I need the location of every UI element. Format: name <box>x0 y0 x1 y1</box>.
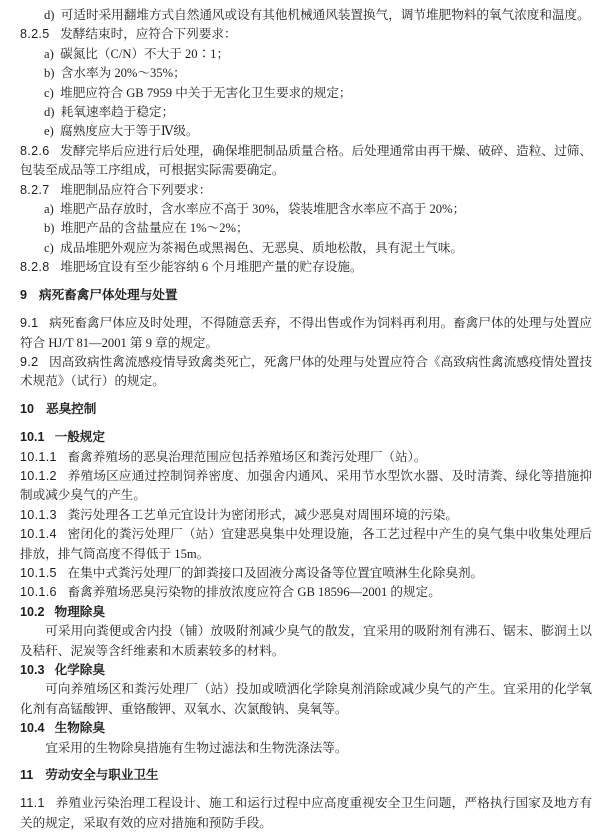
clause-number: 8.2.7 <box>20 183 50 197</box>
clause-8.2.6: 8.2.6发酵完毕后应进行后处理，确保堆肥制品质量合格。后处理通常由再干燥、破碎… <box>20 142 592 181</box>
heading-text: 生物除臭 <box>55 721 105 735</box>
body-text: 养殖业污染治理工程设计、施工和运行过程中应高度重视安全卫生问题，严格执行国家及地… <box>20 796 592 829</box>
body-text: 在集中式粪污处理厂的卸粪接口及固液分离设备等位置宜喷淋生化除臭剂。 <box>68 566 484 580</box>
clause-number: 8.2.6 <box>20 144 50 158</box>
body-text: 腐熟度应大于等于Ⅳ级。 <box>60 124 199 138</box>
clause-number: 10.2 <box>20 605 45 619</box>
body-text: 病死畜禽尸体应及时处理，不得随意丢弃，不得出售或作为饲料再利用。畜禽尸体的处理与… <box>20 316 592 349</box>
list-item-c: c)成品堆肥外观应为茶褐色或黑褐色、无恶臭、质地松散，具有泥土气味。 <box>20 239 592 258</box>
heading-text: 物理除臭 <box>55 605 105 619</box>
body-text: 畜禽养殖场恶臭污染物的排放浓度应符合 GB 18596—2001 的规定。 <box>68 585 441 599</box>
clause-number: 8.2.5 <box>20 27 50 41</box>
clause-number: 11 <box>20 768 33 782</box>
section-heading-10.3: 10.3化学除臭 <box>20 661 592 680</box>
section-heading-9: 9病死畜禽尸体处理与处置 <box>20 286 592 305</box>
clause-number: 10.1 <box>20 430 45 444</box>
heading-text: 病死畜禽尸体处理与处置 <box>39 288 178 302</box>
clause-number: 10.1.6 <box>20 585 57 599</box>
body-text: 堆肥场宜设有至少能容纳 6 个月堆肥产量的贮存设施。 <box>60 260 362 274</box>
clause-10.1.4: 10.1.4密闭化的粪污处理厂（站）宜建恶臭集中处理设施，各工艺过程中产生的臭气… <box>20 525 592 564</box>
body-text: 堆肥制品应符合下列要求： <box>60 183 211 197</box>
heading-text: 化学除臭 <box>55 663 105 677</box>
clause-number: 10.1.4 <box>20 527 57 541</box>
clause-number: 9.1 <box>20 316 38 330</box>
clause-9.2: 9.2因高致病性禽流感疫情导致禽类死亡，死禽尸体的处理与处置应符合《高致病性禽流… <box>20 353 592 392</box>
heading-text: 劳动安全与职业卫生 <box>45 768 158 782</box>
clause-10.1.2: 10.1.2养殖场区应通过控制饲养密度、加强舍内通风、采用节水型饮水器、及时清粪… <box>20 467 592 506</box>
section-heading-10.4: 10.4生物除臭 <box>20 719 592 738</box>
clause-number: 9.2 <box>20 355 38 369</box>
body-text: 发酵结束时，应符合下列要求： <box>60 27 236 41</box>
list-item-c: c)堆肥应符合 GB 7959 中关于无害化卫生要求的规定； <box>20 84 592 103</box>
document-page: d)可适时采用翻堆方式自然通风或设有其他机械通风装置换气，调节堆肥物料的氧气浓度… <box>0 0 612 832</box>
body-text: 堆肥产品存放时，含水率应不高于 30%，袋装堆肥含水率应不高于 20%； <box>60 202 465 216</box>
item-label: a) <box>44 47 54 61</box>
heading-text: 一般规定 <box>55 430 105 444</box>
clause-number: 10.1.3 <box>20 508 57 522</box>
clause-number: 10.1.1 <box>20 450 57 464</box>
list-item-b: b)堆肥产品的含盐量应在 1%～2%； <box>20 219 592 238</box>
list-item-d: d)耗氧速率趋于稳定； <box>20 103 592 122</box>
clause-10.1.6: 10.1.6畜禽养殖场恶臭污染物的排放浓度应符合 GB 18596—2001 的… <box>20 583 592 602</box>
item-label: d) <box>44 105 55 119</box>
item-label: b) <box>44 66 55 80</box>
clause-9.1: 9.1病死畜禽尸体应及时处理，不得随意丢弃，不得出售或作为饲料再利用。畜禽尸体的… <box>20 314 592 353</box>
body-text: 碳氮比（C/N）不大于 20∶1； <box>60 47 229 61</box>
list-item-a: a)堆肥产品存放时，含水率应不高于 30%，袋装堆肥含水率应不高于 20%； <box>20 200 592 219</box>
item-label: d) <box>44 8 55 22</box>
clause-10.1.5: 10.1.5在集中式粪污处理厂的卸粪接口及固液分离设备等位置宜喷淋生化除臭剂。 <box>20 564 592 583</box>
clause-8.2.7: 8.2.7堆肥制品应符合下列要求： <box>20 181 592 200</box>
list-item-b: b)含水率为 20%～35%； <box>20 64 592 83</box>
heading-text: 恶臭控制 <box>46 402 96 416</box>
clause-number: 10.4 <box>20 721 45 735</box>
clause-10.1.1: 10.1.1畜禽养殖场的恶臭治理范围应包括养殖场区和粪污处理厂（站）。 <box>20 448 592 467</box>
section-heading-10: 10恶臭控制 <box>20 400 592 419</box>
paragraph: 可采用向粪便或舍内投（铺）放吸附剂减少臭气的散发，宜采用的吸附剂有沸石、锯末、膨… <box>20 622 592 661</box>
body-text: 发酵完毕后应进行后处理，确保堆肥制品质量合格。后处理通常由再干燥、破碎、造粒、过… <box>20 144 592 177</box>
body-text: 可适时采用翻堆方式自然通风或设有其他机械通风装置换气，调节堆肥物料的氧气浓度和温… <box>61 8 590 22</box>
body-text: 堆肥产品的含盐量应在 1%～2%； <box>61 221 249 235</box>
list-item-e: e)腐熟度应大于等于Ⅳ级。 <box>20 122 592 141</box>
body-text: 因高致病性禽流感疫情导致禽类死亡，死禽尸体的处理与处置应符合《高致病性禽流感疫情… <box>20 355 592 388</box>
body-text: 畜禽养殖场的恶臭治理范围应包括养殖场区和粪污处理厂（站）。 <box>68 450 427 464</box>
body-text: 养殖场区应通过控制饲养密度、加强舍内通风、采用节水型饮水器、及时清粪、绿化等措施… <box>20 469 592 502</box>
clause-number: 10.1.5 <box>20 566 57 580</box>
section-heading-10.1: 10.1一般规定 <box>20 428 592 447</box>
paragraph: 宜采用的生物除臭措施有生物过滤法和生物洗涤法等。 <box>20 739 592 758</box>
list-item-a: a)碳氮比（C/N）不大于 20∶1； <box>20 45 592 64</box>
item-label: b) <box>44 221 55 235</box>
clause-number: 10 <box>20 402 34 416</box>
body-text: 堆肥应符合 GB 7959 中关于无害化卫生要求的规定； <box>60 86 351 100</box>
body-text: 耗氧速率趋于稳定； <box>61 105 174 119</box>
section-heading-11: 11劳动安全与职业卫生 <box>20 766 592 785</box>
item-label: a) <box>44 202 54 216</box>
paragraph: 可向养殖场区和粪污处理厂（站）投加或喷洒化学除臭剂消除或减少臭气的产生。宜采用的… <box>20 680 592 719</box>
item-label: e) <box>44 124 54 138</box>
clause-10.1.3: 10.1.3粪污处理各工艺单元宜设计为密闭形式，减少恶臭对周围环境的污染。 <box>20 506 592 525</box>
clause-number: 10.1.2 <box>20 469 57 483</box>
clause-number: 8.2.8 <box>20 260 50 274</box>
clause-number: 10.3 <box>20 663 45 677</box>
body-text: 成品堆肥外观应为茶褐色或黑褐色、无恶臭、质地松散，具有泥土气味。 <box>60 241 463 255</box>
clause-number: 9 <box>20 288 27 302</box>
body-text: 粪污处理各工艺单元宜设计为密闭形式，减少恶臭对周围环境的污染。 <box>68 508 458 522</box>
clause-8.2.8: 8.2.8堆肥场宜设有至少能容纳 6 个月堆肥产量的贮存设施。 <box>20 258 592 277</box>
clause-8.2.5: 8.2.5发酵结束时，应符合下列要求： <box>20 25 592 44</box>
item-label: c) <box>44 241 54 255</box>
body-text: 可向养殖场区和粪污处理厂（站）投加或喷洒化学除臭剂消除或减少臭气的产生。宜采用的… <box>20 682 592 715</box>
body-text: 含水率为 20%～35%； <box>61 66 186 80</box>
clause-number: 11.1 <box>20 796 45 810</box>
body-text: 密闭化的粪污处理厂（站）宜建恶臭集中处理设施，各工艺过程中产生的臭气集中收集处理… <box>20 527 592 560</box>
section-heading-10.2: 10.2物理除臭 <box>20 603 592 622</box>
item-label: c) <box>44 86 54 100</box>
body-text: 宜采用的生物除臭措施有生物过滤法和生物洗涤法等。 <box>45 741 347 755</box>
clause-11.1: 11.1养殖业污染治理工程设计、施工和运行过程中应高度重视安全卫生问题，严格执行… <box>20 794 592 832</box>
list-item-d: d)可适时采用翻堆方式自然通风或设有其他机械通风装置换气，调节堆肥物料的氧气浓度… <box>20 6 592 25</box>
body-text: 可采用向粪便或舍内投（铺）放吸附剂减少臭气的散发，宜采用的吸附剂有沸石、锯末、膨… <box>20 624 592 657</box>
